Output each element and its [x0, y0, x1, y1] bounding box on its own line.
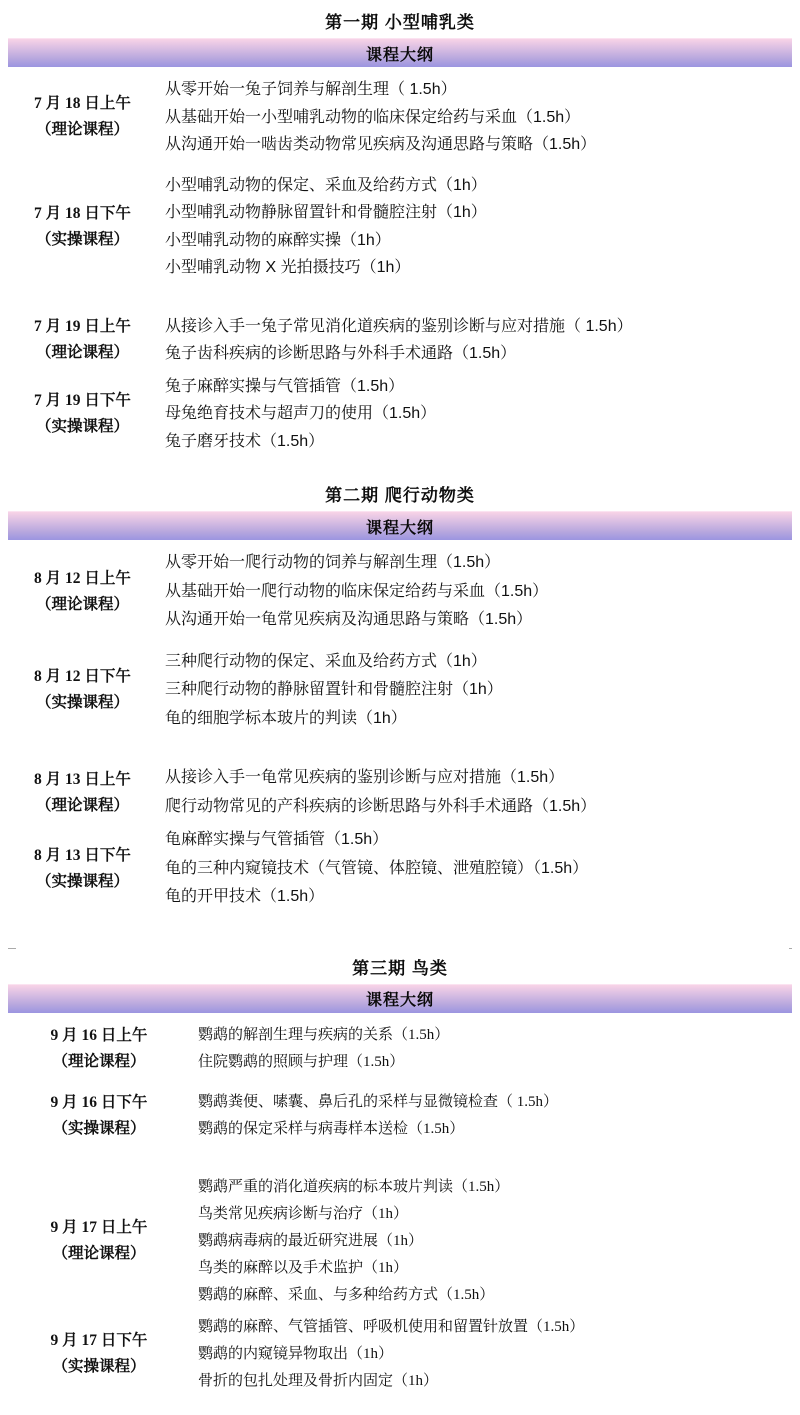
- course-item: 鹦鹉的保定采样与病毒样本送检（1.5h）: [198, 1116, 790, 1143]
- session-type-text: （实操课程）: [0, 1354, 198, 1380]
- course-items: 鹦鹉粪便、嗉囊、鼻后孔的采样与显微镜检查（ 1.5h）鹦鹉的保定采样与病毒样本送…: [198, 1089, 790, 1143]
- course-item: 鹦鹉的解剖生理与疾病的关系（1.5h）: [198, 1022, 790, 1049]
- course-items: 鹦鹉的解剖生理与疾病的关系（1.5h）住院鹦鹉的照顾与护理（1.5h）: [198, 1022, 790, 1076]
- course-item: 爬行动物常见的产科疾病的诊断思路与外科手术通路（1.5h）: [165, 793, 790, 822]
- session-date-text: 9 月 16 日下午: [0, 1090, 198, 1116]
- schedule-row: 7 月 18 日上午 （理论课程） 从零开始一兔子饲养与解剖生理（ 1.5h）从…: [0, 76, 790, 159]
- session-date-text: 9 月 16 日上午: [0, 1023, 198, 1049]
- session-type-text: （实操课程）: [0, 414, 165, 440]
- outline-header-bar: 课程大纲: [8, 38, 792, 67]
- section-divider-ticks: [6, 948, 794, 950]
- section-spacer: [0, 912, 800, 930]
- schedule-row: 7 月 19 日下午 （实操课程） 兔子麻醉实操与气管插管（1.5h）母兔绝育技…: [0, 373, 790, 456]
- session-date: 8 月 13 日上午 （理论课程）: [0, 767, 165, 819]
- divider-tick-left: [8, 948, 16, 949]
- session-type-text: （理论课程）: [0, 592, 165, 618]
- schedule-row: 9 月 16 日下午 （实操课程） 鹦鹉粪便、嗉囊、鼻后孔的采样与显微镜检查（ …: [0, 1089, 790, 1143]
- course-items: 小型哺乳动物的保定、采血及给药方式（1h）小型哺乳动物静脉留置针和骨髓腔注射（1…: [165, 172, 790, 282]
- course-items: 鹦鹉严重的消化道疾病的标本玻片判读（1.5h）鸟类常见疾病诊断与治疗（1h）鹦鹉…: [198, 1174, 790, 1309]
- session-date: 7 月 19 日上午 （理论课程）: [0, 314, 165, 366]
- course-item: 住院鹦鹉的照顾与护理（1.5h）: [198, 1049, 790, 1076]
- course-item: 鹦鹉粪便、嗉囊、鼻后孔的采样与显微镜检查（ 1.5h）: [198, 1089, 790, 1116]
- course-item: 龟麻醉实操与气管插管（1.5h）: [165, 826, 790, 855]
- course-item: 三种爬行动物的静脉留置针和骨髓腔注射（1h）: [165, 676, 790, 705]
- session-date: 7 月 18 日下午 （实操课程）: [0, 201, 165, 253]
- course-item: 鹦鹉的内窥镜异物取出（1h）: [198, 1341, 790, 1368]
- schedule-row: 8 月 12 日上午 （理论课程） 从零开始一爬行动物的饲养与解剖生理（1.5h…: [0, 549, 790, 635]
- course-schedule-document: 第一期 小型哺乳类 课程大纲 7 月 18 日上午 （理论课程） 从零开始一兔子…: [0, 0, 800, 1415]
- session-date: 9 月 17 日上午 （理论课程）: [0, 1215, 198, 1267]
- schedule-row: 8 月 12 日下午 （实操课程） 三种爬行动物的保定、采血及给药方式（1h）三…: [0, 648, 790, 734]
- section-title: 第三期 鸟类: [0, 954, 800, 979]
- outline-header-label: 课程大纲: [366, 987, 434, 1010]
- course-items: 从接诊入手一龟常见疾病的鉴别诊断与应对措施（1.5h）爬行动物常见的产科疾病的诊…: [165, 764, 790, 821]
- session-date-text: 8 月 13 日上午: [0, 767, 165, 793]
- session-type-text: （理论课程）: [0, 1049, 198, 1075]
- session-type-text: （实操课程）: [0, 690, 165, 716]
- course-item: 兔子齿科疾病的诊断思路与外科手术通路（1.5h）: [165, 340, 790, 368]
- session-date-text: 7 月 19 日上午: [0, 314, 165, 340]
- schedule-row: 9 月 16 日上午 （理论课程） 鹦鹉的解剖生理与疾病的关系（1.5h）住院鹦…: [0, 1022, 790, 1076]
- course-item: 鹦鹉病毒病的最近研究进展（1h）: [198, 1228, 790, 1255]
- course-item: 从基础开始一小型哺乳动物的临床保定给药与采血（1.5h）: [165, 104, 790, 132]
- session-date: 8 月 12 日下午 （实操课程）: [0, 664, 165, 716]
- session-type-text: （理论课程）: [0, 340, 165, 366]
- course-item: 从零开始一爬行动物的饲养与解剖生理（1.5h）: [165, 549, 790, 578]
- course-item: 龟的细胞学标本玻片的判读（1h）: [165, 705, 790, 734]
- course-item: 小型哺乳动物静脉留置针和骨髓腔注射（1h）: [165, 199, 790, 227]
- course-items: 兔子麻醉实操与气管插管（1.5h）母兔绝育技术与超声刀的使用（1.5h）兔子磨牙…: [165, 373, 790, 456]
- section-title: 第二期 爬行动物类: [0, 481, 800, 506]
- course-section: 第二期 爬行动物类 课程大纲 8 月 12 日上午 （理论课程） 从零开始一爬行…: [0, 481, 800, 912]
- schedule-rows: 7 月 18 日上午 （理论课程） 从零开始一兔子饲养与解剖生理（ 1.5h）从…: [0, 67, 800, 455]
- session-type-text: （理论课程）: [0, 117, 165, 143]
- session-type-text: （理论课程）: [0, 1241, 198, 1267]
- session-date-text: 8 月 12 日上午: [0, 566, 165, 592]
- course-item: 从接诊入手一龟常见疾病的鉴别诊断与应对措施（1.5h）: [165, 764, 790, 793]
- schedule-rows: 8 月 12 日上午 （理论课程） 从零开始一爬行动物的饲养与解剖生理（1.5h…: [0, 540, 800, 912]
- session-type-text: （实操课程）: [0, 869, 165, 895]
- session-date: 9 月 16 日上午 （理论课程）: [0, 1023, 198, 1075]
- course-item: 兔子磨牙技术（1.5h）: [165, 428, 790, 456]
- course-item: 鹦鹉严重的消化道疾病的标本玻片判读（1.5h）: [198, 1174, 790, 1201]
- section-title: 第一期 小型哺乳类: [0, 8, 800, 33]
- course-items: 从零开始一爬行动物的饲养与解剖生理（1.5h）从基础开始一爬行动物的临床保定给药…: [165, 549, 790, 635]
- course-items: 从零开始一兔子饲养与解剖生理（ 1.5h）从基础开始一小型哺乳动物的临床保定给药…: [165, 76, 790, 159]
- outline-header-label: 课程大纲: [366, 42, 434, 65]
- session-type-text: （实操课程）: [0, 1116, 198, 1142]
- session-type-text: （理论课程）: [0, 793, 165, 819]
- session-date-text: 7 月 18 日下午: [0, 201, 165, 227]
- course-items: 龟麻醉实操与气管插管（1.5h）龟的三种内窥镜技术（气管镜、体腔镜、泄殖腔镜）（…: [165, 826, 790, 912]
- session-date-text: 7 月 18 日上午: [0, 91, 165, 117]
- course-item: 鸟类的麻醉以及手术监护（1h）: [198, 1255, 790, 1282]
- course-item: 鹦鹉的麻醉、气管插管、呼吸机使用和留置针放置（1.5h）: [198, 1314, 790, 1341]
- course-item: 从沟通开始一龟常见疾病及沟通思路与策略（1.5h）: [165, 606, 790, 635]
- course-items: 三种爬行动物的保定、采血及给药方式（1h）三种爬行动物的静脉留置针和骨髓腔注射（…: [165, 648, 790, 734]
- schedule-row: 9 月 17 日下午 （实操课程） 鹦鹉的麻醉、气管插管、呼吸机使用和留置针放置…: [0, 1314, 790, 1395]
- schedule-row: 8 月 13 日下午 （实操课程） 龟麻醉实操与气管插管（1.5h）龟的三种内窥…: [0, 826, 790, 912]
- course-item: 母兔绝育技术与超声刀的使用（1.5h）: [165, 400, 790, 428]
- session-date: 9 月 16 日下午 （实操课程）: [0, 1090, 198, 1142]
- course-item: 从基础开始一爬行动物的临床保定给药与采血（1.5h）: [165, 578, 790, 607]
- divider-tick-right: [789, 948, 792, 949]
- session-date-text: 8 月 12 日下午: [0, 664, 165, 690]
- course-item: 从零开始一兔子饲养与解剖生理（ 1.5h）: [165, 76, 790, 104]
- course-item: 小型哺乳动物的保定、采血及给药方式（1h）: [165, 172, 790, 200]
- course-item: 小型哺乳动物的麻醉实操（1h）: [165, 227, 790, 255]
- course-item: 鹦鹉的麻醉、采血、与多种给药方式（1.5h）: [198, 1282, 790, 1309]
- course-item: 龟的开甲技术（1.5h）: [165, 883, 790, 912]
- session-date: 8 月 13 日下午 （实操课程）: [0, 843, 165, 895]
- course-items: 从接诊入手一兔子常见消化道疾病的鉴别诊断与应对措施（ 1.5h）兔子齿科疾病的诊…: [165, 313, 790, 368]
- outline-header-bar: 课程大纲: [8, 984, 792, 1013]
- course-item: 骨折的包扎处理及骨折内固定（1h）: [198, 1368, 790, 1395]
- course-item: 从沟通开始一啮齿类动物常见疾病及沟通思路与策略（1.5h）: [165, 131, 790, 159]
- schedule-row: 8 月 13 日上午 （理论课程） 从接诊入手一龟常见疾病的鉴别诊断与应对措施（…: [0, 764, 790, 821]
- schedule-row: 7 月 18 日下午 （实操课程） 小型哺乳动物的保定、采血及给药方式（1h）小…: [0, 172, 790, 282]
- course-section: 第三期 鸟类 课程大纲 9 月 16 日上午 （理论课程） 鹦鹉的解剖生理与疾病…: [0, 954, 800, 1395]
- sections-container: 第一期 小型哺乳类 课程大纲 7 月 18 日上午 （理论课程） 从零开始一兔子…: [0, 8, 800, 1395]
- session-date: 7 月 19 日下午 （实操课程）: [0, 388, 165, 440]
- session-date: 8 月 12 日上午 （理论课程）: [0, 566, 165, 618]
- session-date: 9 月 17 日下午 （实操课程）: [0, 1328, 198, 1380]
- session-date-text: 7 月 19 日下午: [0, 388, 165, 414]
- session-date-text: 9 月 17 日上午: [0, 1215, 198, 1241]
- course-item: 从接诊入手一兔子常见消化道疾病的鉴别诊断与应对措施（ 1.5h）: [165, 313, 790, 341]
- schedule-row: 7 月 19 日上午 （理论课程） 从接诊入手一兔子常见消化道疾病的鉴别诊断与应…: [0, 313, 790, 368]
- course-item: 兔子麻醉实操与气管插管（1.5h）: [165, 373, 790, 401]
- outline-header-label: 课程大纲: [366, 515, 434, 538]
- course-item: 龟的三种内窥镜技术（气管镜、体腔镜、泄殖腔镜）（1.5h）: [165, 855, 790, 884]
- session-date-text: 8 月 13 日下午: [0, 843, 165, 869]
- schedule-rows: 9 月 16 日上午 （理论课程） 鹦鹉的解剖生理与疾病的关系（1.5h）住院鹦…: [0, 1013, 800, 1395]
- session-date-text: 9 月 17 日下午: [0, 1328, 198, 1354]
- course-item: 三种爬行动物的保定、采血及给药方式（1h）: [165, 648, 790, 677]
- course-section: 第一期 小型哺乳类 课程大纲 7 月 18 日上午 （理论课程） 从零开始一兔子…: [0, 8, 800, 455]
- session-date: 7 月 18 日上午 （理论课程）: [0, 91, 165, 143]
- course-item: 鸟类常见疾病诊断与治疗（1h）: [198, 1201, 790, 1228]
- course-item: 小型哺乳动物 X 光拍摄技巧（1h）: [165, 254, 790, 282]
- course-items: 鹦鹉的麻醉、气管插管、呼吸机使用和留置针放置（1.5h）鹦鹉的内窥镜异物取出（1…: [198, 1314, 790, 1395]
- session-type-text: （实操课程）: [0, 227, 165, 253]
- outline-header-bar: 课程大纲: [8, 511, 792, 540]
- schedule-row: 9 月 17 日上午 （理论课程） 鹦鹉严重的消化道疾病的标本玻片判读（1.5h…: [0, 1174, 790, 1309]
- section-spacer: [0, 455, 800, 481]
